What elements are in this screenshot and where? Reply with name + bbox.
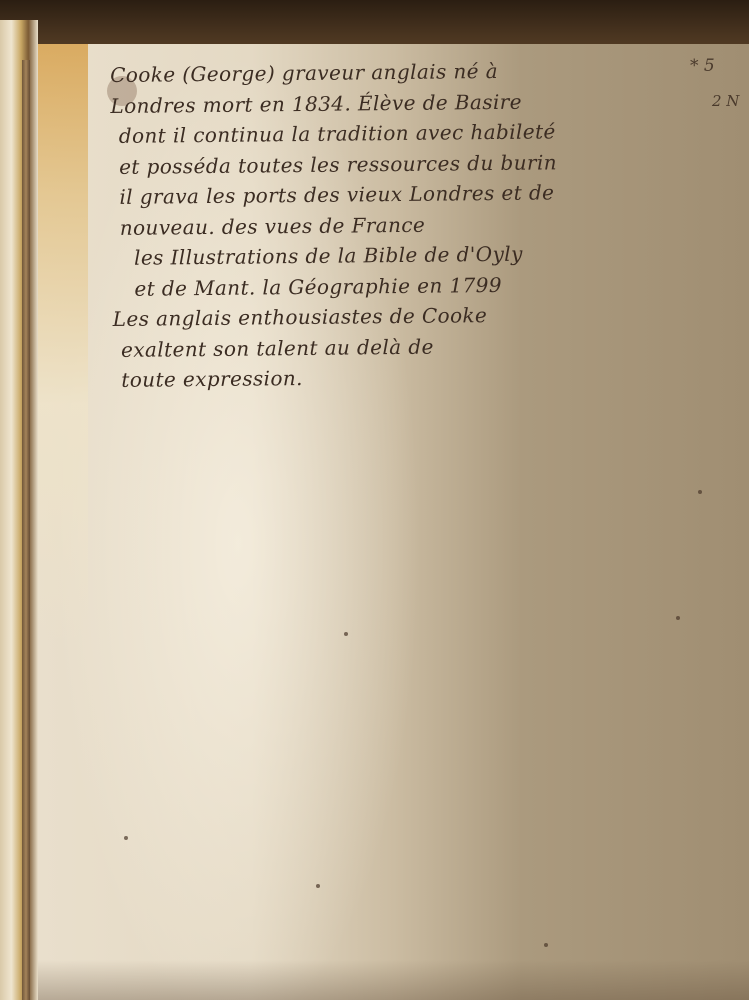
bottom-shadow [38,960,749,1000]
handwritten-text: Cooke (George) graveur anglais né à Lond… [110,53,749,395]
page-edge-stain [38,44,88,644]
paper-speck [676,616,680,620]
paper-speck [344,632,348,636]
book-spine-edge [0,20,38,1000]
paper-speck [698,490,702,494]
paper-speck [124,836,128,840]
binding-crease [22,60,30,1000]
paper-speck [316,884,320,888]
paper-speck [544,943,548,947]
